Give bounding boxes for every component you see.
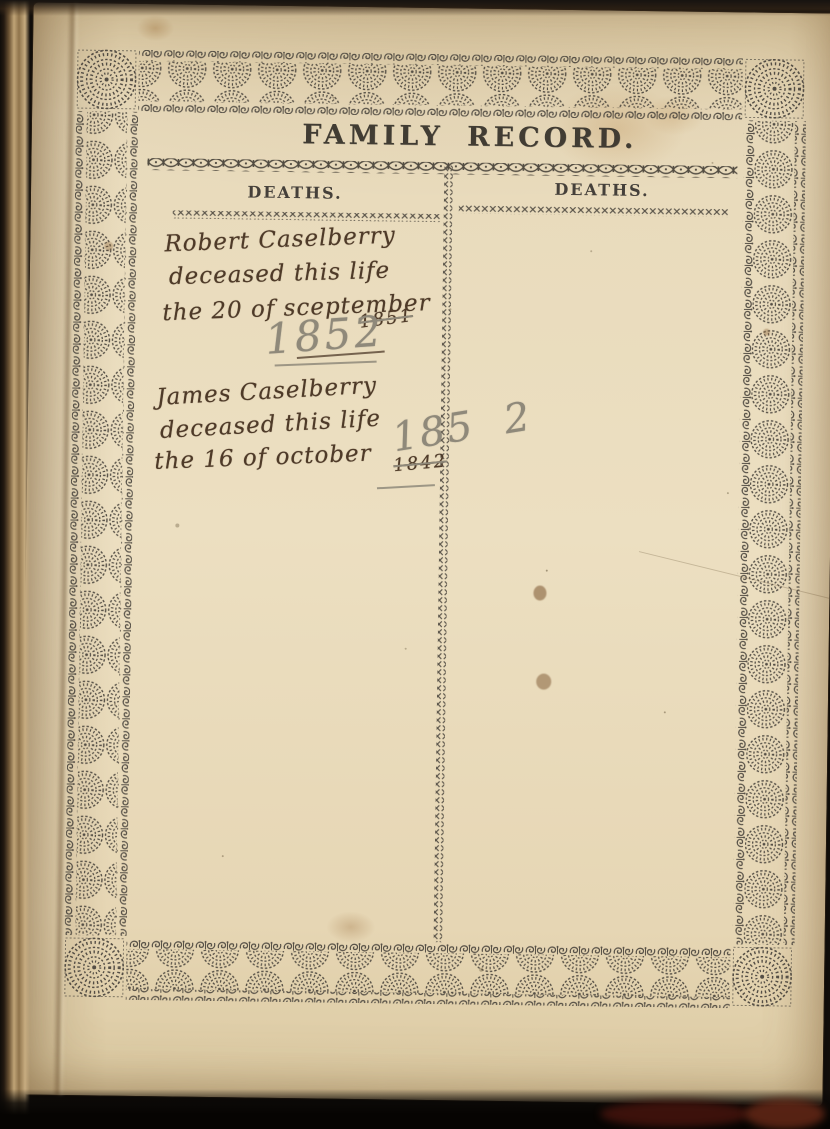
braided-rule-under-title [147, 158, 737, 178]
column-header-left: DEATHS. [195, 182, 395, 204]
column-divider-chain [434, 165, 453, 942]
page-top-edge-shadow [0, 0, 830, 16]
border-band-right [733, 120, 806, 945]
chain-rule-left-column [173, 210, 441, 222]
chain-rule-right-column [459, 205, 729, 217]
page-bottom-edge-shadow [0, 1089, 830, 1129]
scanned-book-photo: FAMILY RECORD. DEATHS. DEATHS. Robert Ca… [0, 0, 830, 1129]
stain [104, 241, 113, 250]
stain [763, 329, 770, 336]
book-cover-fragment [745, 1099, 825, 1129]
book-page: FAMILY RECORD. DEATHS. DEATHS. Robert Ca… [18, 2, 830, 1105]
book-binding-edge [0, 0, 30, 1129]
border-band-top [138, 50, 743, 120]
border-band-left [65, 111, 138, 936]
book-cover-fragment [600, 1101, 750, 1127]
column-header-right: DEATHS. [502, 179, 702, 201]
border-band-bottom [126, 938, 731, 1008]
